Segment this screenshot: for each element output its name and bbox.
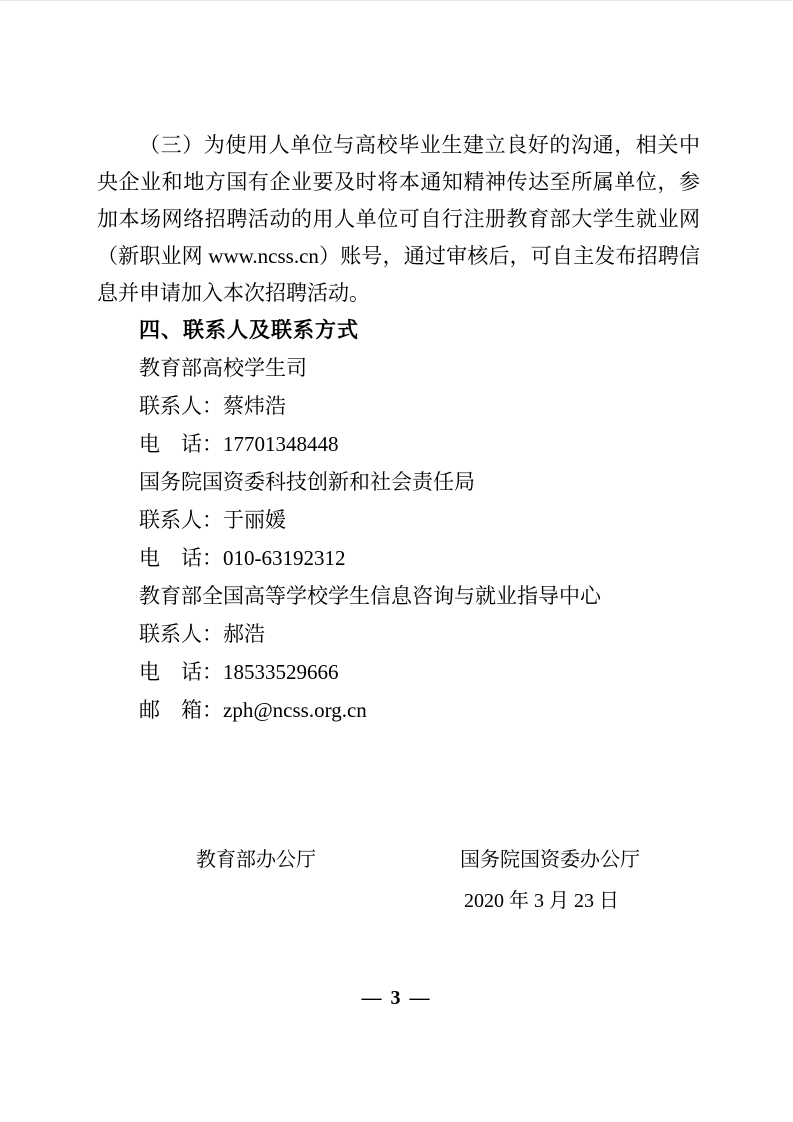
contact-email-3: 邮 箱：zph@ncss.org.cn — [97, 691, 700, 729]
contact-org-3: 教育部全国高等学校学生信息咨询与就业指导中心 — [97, 577, 700, 615]
contact-phone-1: 电 话：17701348448 — [97, 425, 700, 463]
paragraph-section-3: （三）为使用人单位与高校毕业生建立良好的沟通，相关中央企业和地方国有企业要及时将… — [97, 127, 700, 312]
document-page: （三）为使用人单位与高校毕业生建立良好的沟通，相关中央企业和地方国有企业要及时将… — [0, 0, 793, 1122]
contact-person-3: 联系人：郝浩 — [97, 615, 700, 653]
contact-phone-label: 电 话： — [139, 432, 223, 456]
contact-phone-number: 010-63192312 — [223, 546, 346, 570]
page-number: — 3 — — [0, 987, 793, 1010]
contact-email-address: zph@ncss.org.cn — [223, 698, 367, 722]
contact-phone-2: 电 话：010-63192312 — [97, 539, 700, 577]
contact-person-name: 蔡炜浩 — [223, 394, 286, 418]
contact-phone-number: 17701348448 — [223, 432, 339, 456]
contact-org-1: 教育部高校学生司 — [97, 349, 700, 387]
contact-org-2: 国务院国资委科技创新和社会责任局 — [97, 463, 700, 501]
contact-block: 教育部高校学生司 联系人：蔡炜浩 电 话：17701348448 国务院国资委科… — [97, 349, 700, 729]
contact-person-1: 联系人：蔡炜浩 — [97, 387, 700, 425]
contact-person-name: 于丽媛 — [223, 508, 286, 532]
contact-phone-number: 18533529666 — [223, 660, 339, 684]
contact-email-label: 邮 箱： — [139, 698, 223, 722]
signature-org-left: 教育部办公厅 — [196, 846, 316, 874]
section-heading-contacts: 四、联系人及联系方式 — [97, 312, 700, 349]
signature-date: 2020 年 3 月 23 日 — [464, 887, 619, 915]
contact-phone-3: 电 话：18533529666 — [97, 653, 700, 691]
document-body: （三）为使用人单位与高校毕业生建立良好的沟通，相关中央企业和地方国有企业要及时将… — [97, 127, 700, 729]
signature-org-right: 国务院国资委办公厅 — [460, 846, 640, 874]
contact-phone-label: 电 话： — [139, 660, 223, 684]
contact-phone-label: 电 话： — [139, 546, 223, 570]
contact-person-label: 联系人： — [139, 508, 223, 532]
contact-person-label: 联系人： — [139, 622, 223, 646]
contact-person-name: 郝浩 — [223, 622, 265, 646]
contact-person-2: 联系人：于丽媛 — [97, 501, 700, 539]
contact-person-label: 联系人： — [139, 394, 223, 418]
